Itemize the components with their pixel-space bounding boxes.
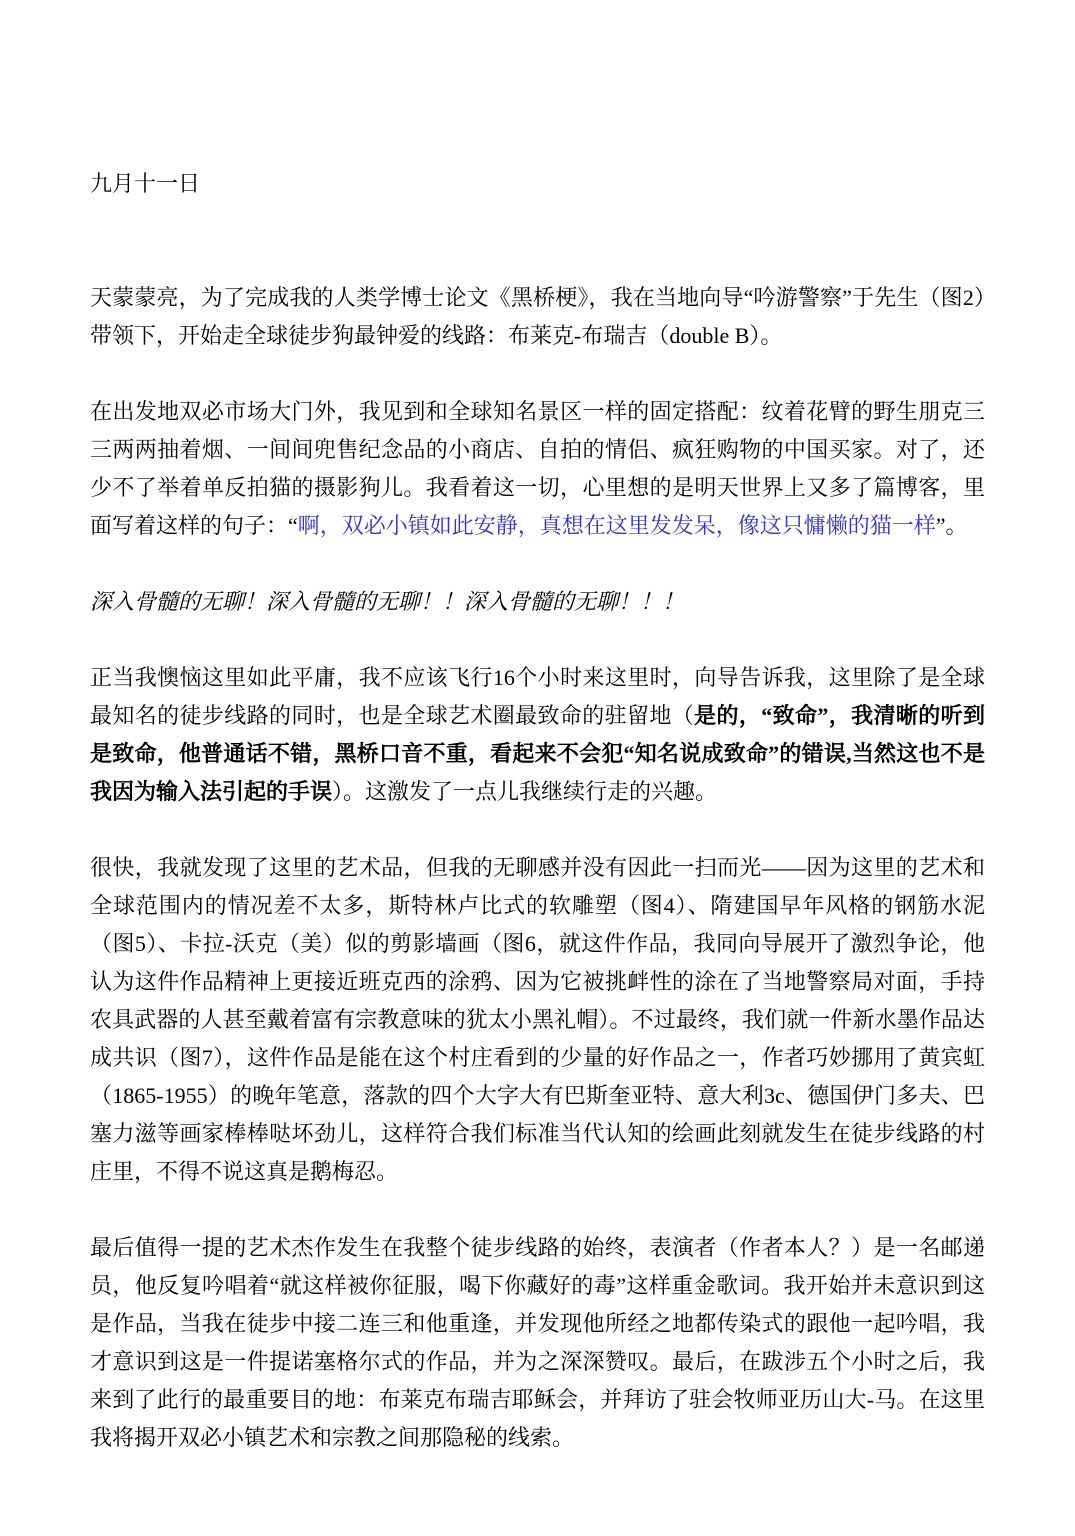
paragraph-postman-finale: 最后值得一提的艺术杰作发生在我整个徒步线路的始终，表演者（作者本人？）是一名邮递…	[90, 1229, 985, 1457]
document-page: 九月十一日 天蒙蒙亮，为了完成我的人类学博士论文《黑桥梗》，我在当地向导“吟游警…	[0, 0, 1075, 1536]
paragraph-guide-remark: 正当我懊恼这里如此平庸，我不应该飞行16个小时来这里时，向导告诉我，这里除了是全…	[90, 659, 985, 811]
date-heading: 九月十一日	[90, 165, 985, 203]
paragraph-intro-text: 天蒙蒙亮，为了完成我的人类学博士论文《黑桥梗》，我在当地向导“吟游警察”于先生（…	[90, 285, 985, 348]
paragraph-artworks: 很快，我就发现了这里的艺术品，但我的无聊感并没有因此一扫而光——因为这里的艺术和…	[90, 849, 985, 1191]
italic-exclamation-text: 深入骨髓的无聊！深入骨髓的无聊！！深入骨髓的无聊！！！	[90, 589, 684, 614]
blue-quote-text: 啊，双必小镇如此安静，真想在这里发发呆，像这只慵懒的猫一样	[298, 513, 936, 538]
paragraph-market-scene: 在出发地双必市场大门外，我见到和全球知名景区一样的固定搭配：纹着花臂的野生朋克三…	[90, 393, 985, 545]
paragraph-postman-finale-text: 最后值得一提的艺术杰作发生在我整个徒步线路的始终，表演者（作者本人？）是一名邮递…	[90, 1235, 985, 1450]
paragraph-guide-remark-post: ）。这激发了一点儿我继续行走的兴趣。	[332, 779, 717, 804]
paragraph-boredom-italic: 深入骨髓的无聊！深入骨髓的无聊！！深入骨髓的无聊！！！	[90, 583, 985, 621]
paragraph-artworks-text: 很快，我就发现了这里的艺术品，但我的无聊感并没有因此一扫而光——因为这里的艺术和…	[90, 855, 985, 1184]
paragraph-intro: 天蒙蒙亮，为了完成我的人类学博士论文《黑桥梗》，我在当地向导“吟游警察”于先生（…	[90, 279, 985, 355]
paragraph-market-scene-closing: ”。	[936, 513, 968, 538]
